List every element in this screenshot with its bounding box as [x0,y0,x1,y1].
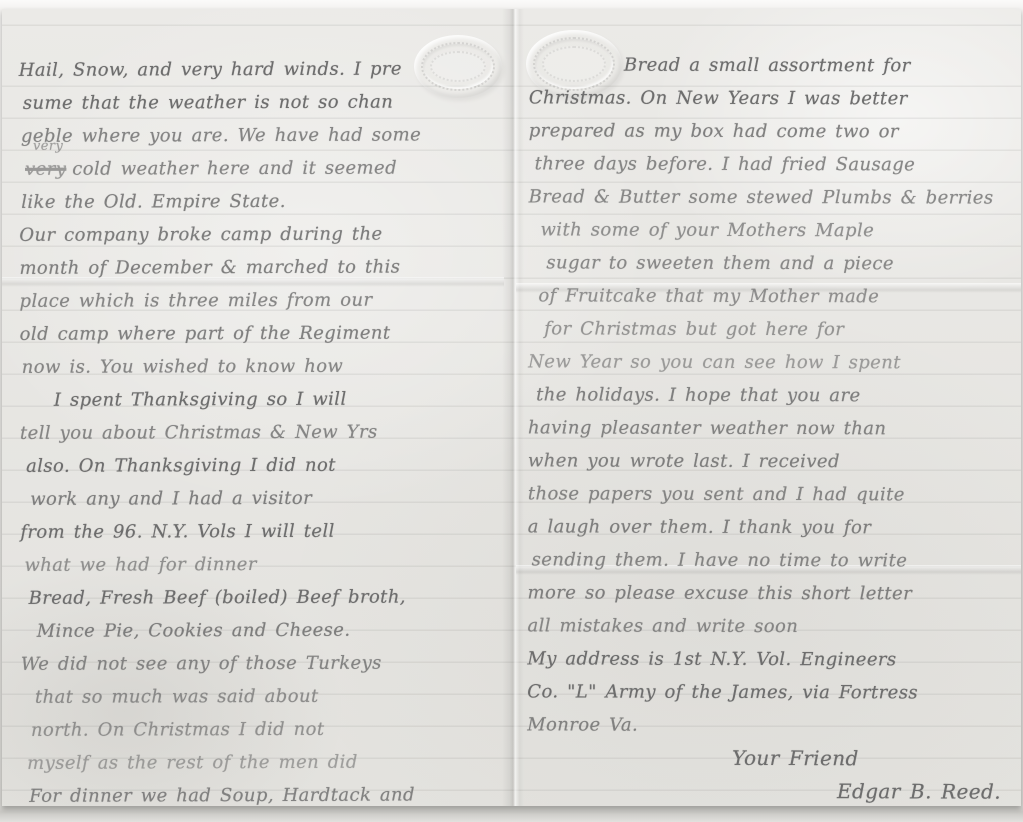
letter-line: Co. "L" Army of the James, via Fortress [527,675,1019,709]
letter-scan: Hail, Snow, and very hard winds. I pre s… [0,0,1023,822]
letter-line: New Year so you can see how I spent [528,345,1020,379]
letter-line: I spent Thanksgiving so I will [54,382,510,417]
letter-line: a laugh over them. I thank you for [528,510,1020,544]
letter-line: sugar to sweeten them and a piece [546,246,1020,280]
letter-line: all mistakes and write soon [527,609,1019,643]
letter-line: For dinner we had Soup, Hardtack and [29,778,511,813]
letter-line: veryverycold weather here and it seemed [25,151,509,186]
letter-line: from the 96. N.Y. Vols I will tell [20,514,510,549]
letter-line: myself as the rest of the men did [27,745,511,780]
letter-line: Bread, Fresh Beef (boiled) Beef broth, [29,580,511,615]
closing-line: Your Friend [732,742,1019,776]
letter-line: like the Old. Empire State. [21,184,509,219]
letter-line: Hail, Snow, and very hard winds. I pre [19,52,509,87]
letter-paper: Hail, Snow, and very hard winds. I pre s… [2,9,1021,806]
letter-line: sending them. I have no time to write [532,543,1020,577]
letter-line: My address is 1st N.Y. Vol. Engineers [527,642,1019,676]
letter-line: work any and I had a visitor [30,481,510,516]
letter-line: what we had for dinner [24,547,510,582]
page-left: Hail, Snow, and very hard winds. I pre s… [19,52,512,813]
letter-line: Monroe Va. [527,708,1019,742]
signature-line: Edgar B. Reed. [837,775,1019,808]
letter-line: Our company broke camp during the [19,217,509,252]
letter-line: Christmas. On New Years I was better [529,81,1021,115]
letter-line: with some of your Mothers Maple [540,213,1020,247]
inserted-word: very [33,140,63,153]
letter-line: when you wrote last. I received [528,444,1020,478]
struck-word: very [25,159,66,180]
letter-line: Bread a small assortment for [624,49,1021,83]
letter-line: Mince Pie, Cookies and Cheese. [37,613,511,648]
page-right: Bread a small assortment for Christmas. … [527,48,1021,808]
letter-line: of Fruitcake that my Mother made [538,279,1020,313]
letter-line: more so please excuse this short letter [528,576,1020,610]
letter-line: also. On Thanksgiving I did not [26,448,510,483]
letter-line: that so much was said about [35,679,511,714]
letter-line: month of December & marched to this [19,250,509,285]
letter-line: sume that the weather is not so chan [23,85,509,120]
letter-line: tell you about Christmas & New Yrs [20,415,510,450]
letter-line: Bread & Butter some stewed Plumbs & berr… [529,180,1021,214]
letter-line: We did not see any of those Turkeys [21,646,511,681]
letter-line: north. On Christmas I did not [31,712,511,747]
letter-line: now is. You wished to know how [22,349,510,384]
letter-line: place which is three miles from our [19,283,509,318]
letter-line: prepared as my box had come two or [529,114,1021,148]
letter-line: geble where you are. We have had some [21,118,509,153]
letter-line: those papers you sent and I had quite [528,477,1020,511]
letter-line: having pleasanter weather now than [528,411,1020,445]
letter-line: for Christmas but got here for [544,312,1020,346]
letter-line-text: cold weather here and it seemed [72,158,397,180]
letter-line: old camp where part of the Regiment [20,316,510,351]
letter-line: the holidays. I hope that you are [536,378,1020,412]
letter-line: three days before. I had fried Sausage [535,147,1021,181]
